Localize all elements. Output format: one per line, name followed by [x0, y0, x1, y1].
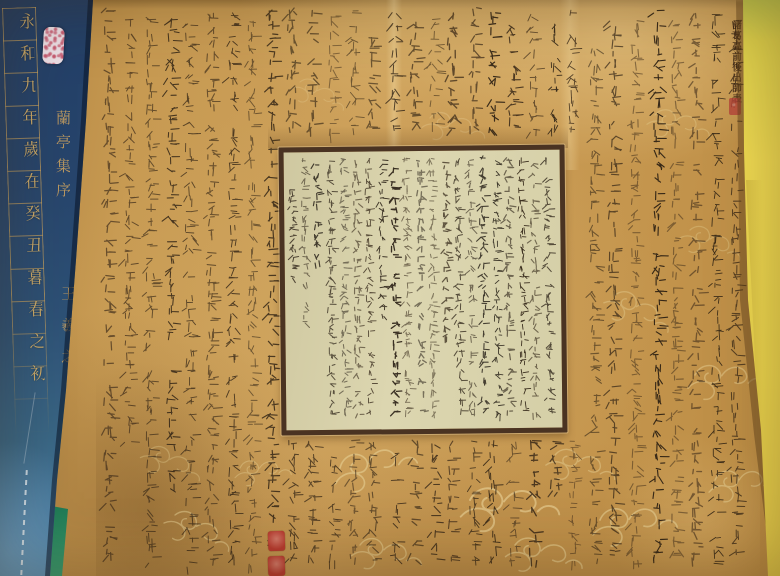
calligraphy-scroll-photo: 諸葛亮前後出師表 永和九年歲在癸丑暮春之初 蘭亭集序 王羲之	[0, 0, 780, 576]
bottom-red-seal-lower	[268, 556, 286, 576]
center-inset-panel	[278, 145, 567, 436]
panel-calligraphy-columns	[284, 150, 563, 431]
bottom-red-seal-upper	[268, 531, 286, 552]
sash-title-lantingji-xu: 蘭亭集序	[48, 110, 70, 214]
stitched-seam-line	[20, 470, 28, 576]
pink-collector-seal-icon	[42, 26, 65, 64]
